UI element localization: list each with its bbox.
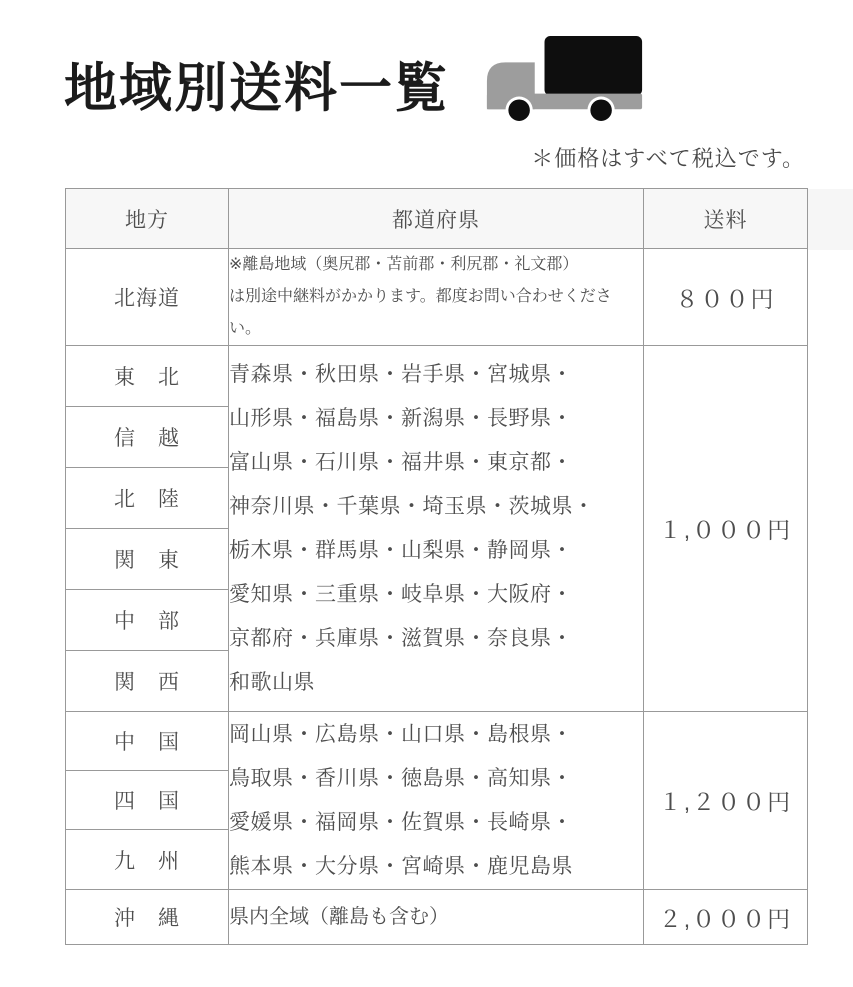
table-row-tohoku: 東 北 青森県・秋田県・岩手県・宮城県・ 山形県・福島県・新潟県・長野県・ 富山…: [66, 346, 808, 407]
table-row-okinawa: 沖 縄 県内全域（離島も含む） ２,０００円: [66, 890, 808, 945]
table-row-chugoku: 中 国 岡山県・広島県・山口県・島根県・ 鳥取県・香川県・徳島県・高知県・ 愛媛…: [66, 712, 808, 771]
column-header-prefectures: 都道府県: [229, 189, 644, 249]
table-row-hokkaido: 北海道 ※離島地域（奥尻郡・苫前郡・利尻郡・礼文郡） は別途中継料がかかります。…: [66, 249, 808, 346]
region-cell-kansai: 関 西: [66, 651, 229, 712]
shipping-table-container: 地方 都道府県 送料 北海道 ※離島地域（奥尻郡・苫前郡・利尻郡・礼文郡） は別…: [65, 188, 808, 945]
region-cell-shikoku: 四 国: [66, 771, 229, 830]
fee-cell-group1: １,０００円: [644, 346, 808, 712]
tax-included-note: ＊価格はすべて税込です。: [531, 142, 805, 173]
prefectures-cell-okinawa: 県内全域（離島も含む）: [229, 890, 644, 945]
header-side-strip: [808, 189, 853, 250]
region-cell-tohoku: 東 北: [66, 346, 229, 407]
column-header-region: 地方: [66, 189, 229, 249]
shipping-fee-page: 地域別送料一覧 ＊価格はすべて税込です。 地方 都道府県 送料: [0, 0, 853, 987]
region-cell-hokuriku: 北 陸: [66, 468, 229, 529]
prefectures-cell-group1: 青森県・秋田県・岩手県・宮城県・ 山形県・福島県・新潟県・長野県・ 富山県・石川…: [229, 346, 644, 712]
region-cell-shinetsu: 信 越: [66, 407, 229, 468]
delivery-truck-icon: [484, 32, 646, 125]
prefectures-cell-hokkaido-note: ※離島地域（奥尻郡・苫前郡・利尻郡・礼文郡） は別途中継料がかかります。都度お問…: [229, 249, 644, 346]
region-cell-okinawa: 沖 縄: [66, 890, 229, 945]
fee-cell-group2: １,２００円: [644, 712, 808, 890]
region-cell-hokkaido: 北海道: [66, 249, 229, 346]
region-cell-kyushu: 九 州: [66, 830, 229, 890]
region-cell-chubu: 中 部: [66, 590, 229, 651]
shipping-fee-table: 地方 都道府県 送料 北海道 ※離島地域（奥尻郡・苫前郡・利尻郡・礼文郡） は別…: [65, 188, 808, 945]
table-header-row: 地方 都道府県 送料: [66, 189, 808, 249]
fee-cell-hokkaido: ８００円: [644, 249, 808, 346]
page-title: 地域別送料一覧: [64, 46, 449, 122]
fee-cell-okinawa: ２,０００円: [644, 890, 808, 945]
region-cell-chugoku: 中 国: [66, 712, 229, 771]
column-header-fee: 送料: [644, 189, 808, 249]
prefectures-cell-group2: 岡山県・広島県・山口県・島根県・ 鳥取県・香川県・徳島県・高知県・ 愛媛県・福岡…: [229, 712, 644, 890]
region-cell-kanto: 関 東: [66, 529, 229, 590]
